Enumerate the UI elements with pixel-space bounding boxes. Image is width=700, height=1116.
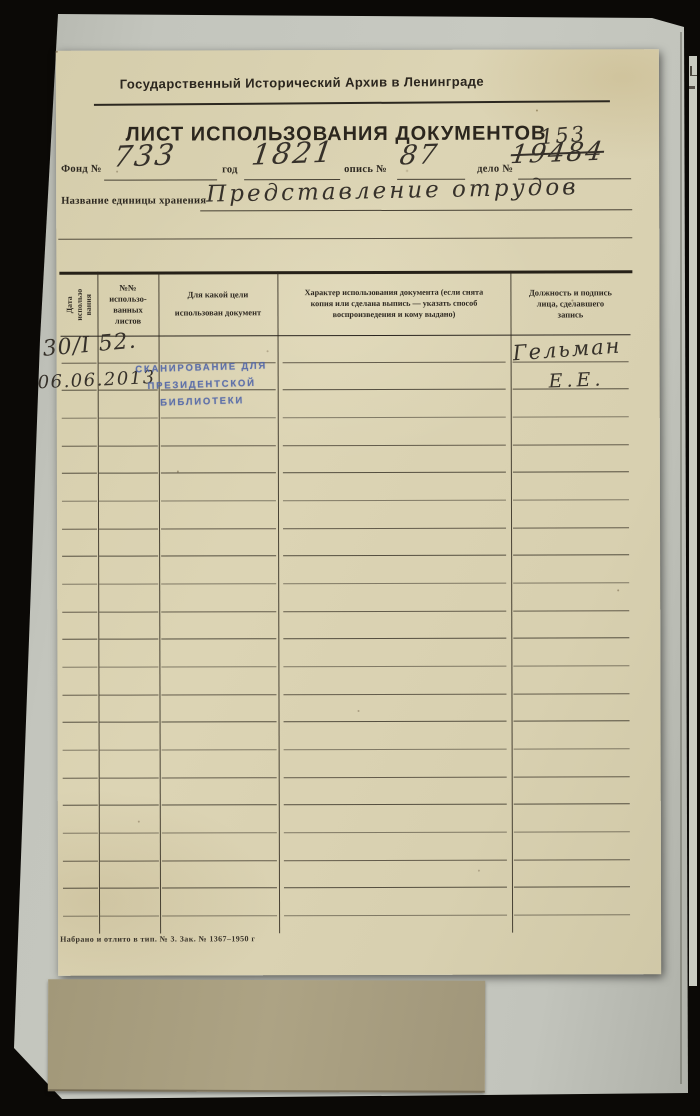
unit-name-underline — [200, 209, 632, 212]
table-body — [61, 334, 633, 916]
adjacent-page-marks — [690, 66, 697, 76]
table-cell — [62, 778, 99, 806]
table-cell — [278, 667, 511, 695]
page-crease — [680, 32, 682, 1084]
table-cell — [278, 473, 511, 501]
table-cell — [61, 668, 98, 696]
table-empty-row — [61, 639, 631, 668]
col-header-line: лица, сделавшего — [529, 298, 612, 309]
table-cell — [62, 861, 99, 889]
table-empty-row — [62, 777, 632, 806]
table-empty-row — [61, 556, 631, 585]
table-cell — [511, 445, 631, 473]
table-cell — [511, 666, 631, 694]
table-cell — [511, 528, 631, 556]
table-cell — [62, 723, 99, 751]
table-cell — [99, 834, 160, 862]
table-cell — [278, 418, 511, 446]
col-header-line: использован документ — [175, 305, 261, 323]
table-cell — [61, 640, 98, 668]
table-cell — [159, 695, 278, 723]
table-header-row: Дата использо вания №№ использо- ванных … — [60, 273, 630, 337]
col-header-purpose: Для какой цели использован документ — [158, 274, 277, 336]
table-cell — [99, 861, 160, 889]
usage-form-sheet: Государственный Исторический Архив в Лен… — [56, 49, 661, 976]
table-cell — [160, 861, 279, 889]
table-cell — [99, 806, 160, 834]
table-cell — [278, 445, 511, 473]
table-cell — [160, 806, 279, 834]
col-header-line: вания — [84, 277, 94, 333]
table-cell — [98, 612, 159, 640]
table-cell — [99, 723, 160, 751]
table-cell — [160, 750, 279, 778]
archive-name: Государственный Исторический Архив в Лен… — [56, 73, 548, 92]
table-empty-row — [61, 666, 631, 695]
table-empty-row — [61, 473, 631, 502]
table-cell — [98, 668, 159, 696]
table-empty-row — [61, 611, 631, 640]
table-cell — [61, 612, 98, 640]
table-cell — [278, 556, 511, 584]
table-cell — [160, 778, 279, 806]
fond-value: 733 — [112, 137, 178, 173]
table-cell — [512, 832, 632, 860]
table-cell — [98, 585, 159, 613]
table-cell — [61, 419, 98, 447]
delo-value-struck: 19484 — [509, 137, 606, 170]
table-cell — [159, 474, 278, 502]
table-cell — [512, 860, 632, 888]
col-header-line: Для какой цели — [175, 287, 261, 305]
table-cell — [61, 446, 98, 474]
col-header-line: воспроизведения и кому выдано) — [305, 309, 484, 320]
table-cell — [159, 612, 278, 640]
table-cell — [98, 419, 159, 447]
table-cell — [98, 695, 159, 723]
year-label: год — [222, 164, 238, 175]
bottom-pocket-strip — [48, 979, 485, 1093]
table-empty-row — [62, 888, 632, 917]
table-cell — [61, 474, 98, 502]
table-cell — [512, 888, 632, 916]
adjacent-page-edge — [689, 56, 697, 986]
table-cell — [512, 805, 632, 833]
table-cell — [279, 722, 512, 750]
table-empty-row — [61, 583, 631, 612]
table-cell — [512, 777, 632, 805]
table-cell — [278, 584, 511, 612]
table-cell — [511, 417, 631, 445]
table-cell — [159, 529, 278, 557]
table-cell — [278, 335, 511, 363]
table-cell — [511, 694, 631, 722]
table-cell — [511, 556, 631, 584]
col-header-character: Характер использования документа (если с… — [277, 273, 510, 335]
table-cell — [278, 528, 511, 556]
table-empty-row — [62, 860, 632, 889]
table-cell — [511, 611, 631, 639]
col-header-line: листов — [109, 316, 146, 327]
col-header-line: копия или сделана выпись — указать спосо… — [305, 299, 484, 310]
table-cell — [99, 751, 160, 779]
table-cell — [511, 500, 631, 528]
table-cell — [61, 391, 98, 419]
fond-underline — [104, 179, 217, 181]
table-cell — [61, 529, 98, 557]
col-header-position: Должность и подпись лица, сделавшего зап… — [510, 273, 630, 335]
fond-label: Фонд № — [61, 164, 102, 175]
table-empty-row — [61, 694, 631, 723]
col-header-date: Дата использо вания — [60, 274, 97, 335]
table-cell — [99, 889, 160, 917]
table-cell — [159, 667, 278, 695]
library-scan-stamp: СКАНИРОВАНИЕ ДЛЯ ПРЕЗИДЕНТСКОЙ БИБЛИОТЕК… — [111, 357, 292, 413]
table-cell — [98, 557, 159, 585]
table-cell — [98, 502, 159, 530]
table-empty-row — [61, 417, 631, 446]
table-cell — [61, 695, 98, 723]
table-cell — [98, 474, 159, 502]
table-cell — [159, 446, 278, 474]
scanned-archive-page: Государственный Исторический Архив в Лен… — [0, 0, 700, 1116]
table-empty-row — [62, 749, 632, 778]
table-empty-row — [61, 528, 631, 557]
table-cell — [279, 750, 512, 778]
opis-label: опись № — [344, 164, 387, 175]
table-cell — [61, 585, 98, 613]
table-cell — [278, 501, 511, 529]
table-cell — [278, 611, 511, 639]
table-cell — [98, 446, 159, 474]
col-header-sheets: №№ использо- ванных листов — [97, 274, 158, 336]
table-cell — [159, 640, 278, 668]
table-cell — [279, 860, 512, 888]
table-cell — [61, 502, 98, 530]
table-cell — [62, 834, 99, 862]
col-header-line: Дата — [64, 277, 74, 333]
table-empty-row — [61, 445, 631, 474]
table-cell — [278, 390, 511, 418]
blank-rule — [58, 237, 632, 240]
table-cell — [278, 639, 511, 667]
table-cell — [159, 584, 278, 612]
archive-name-underline — [94, 100, 610, 106]
table-cell — [279, 888, 512, 916]
print-shop-note: Набрано и отлито в тип. № 3. Зак. № 1367… — [60, 934, 255, 944]
table-cell — [160, 833, 279, 861]
table-cell — [62, 806, 99, 834]
table-cell — [511, 639, 631, 667]
table-cell — [159, 557, 278, 585]
table-cell — [61, 557, 98, 585]
table-cell — [511, 473, 631, 501]
col-header-line: №№ — [109, 283, 146, 294]
col-header-line: ванных — [109, 305, 146, 316]
table-empty-row — [62, 832, 632, 861]
table-cell — [278, 362, 511, 390]
opis-value: 87 — [398, 139, 441, 171]
col-header-line: запись — [529, 309, 612, 320]
table-empty-row — [62, 805, 632, 834]
col-header-line: Должность и подпись — [529, 287, 612, 298]
table-cell — [62, 889, 99, 917]
unit-name-label: Название единицы хранения — [61, 195, 206, 206]
table-cell — [279, 777, 512, 805]
paper-specks — [56, 51, 58, 53]
table-cell — [278, 694, 511, 722]
table-empty-row — [61, 500, 631, 529]
signature-initials: Е.Е. — [548, 368, 605, 392]
table-cell — [511, 583, 631, 611]
table-cell — [512, 749, 632, 777]
table-cell — [512, 722, 632, 750]
table-cell — [279, 805, 512, 833]
adjacent-page-marks — [689, 86, 695, 89]
table-empty-row — [62, 722, 632, 751]
col-header-line: Характер использования документа (если с… — [305, 288, 484, 299]
table-cell — [98, 529, 159, 557]
table-cell — [511, 390, 631, 418]
table-cell — [159, 418, 278, 446]
table-cell — [98, 640, 159, 668]
table-cell — [160, 723, 279, 751]
table-cell — [62, 751, 99, 779]
table-cell — [160, 889, 279, 917]
table-cell — [279, 833, 512, 861]
col-header-line: использо- — [109, 294, 146, 305]
col-header-line: использо — [74, 277, 84, 333]
table-cell — [159, 501, 278, 529]
year-value: 1821 — [249, 135, 336, 172]
table-cell — [99, 778, 160, 806]
